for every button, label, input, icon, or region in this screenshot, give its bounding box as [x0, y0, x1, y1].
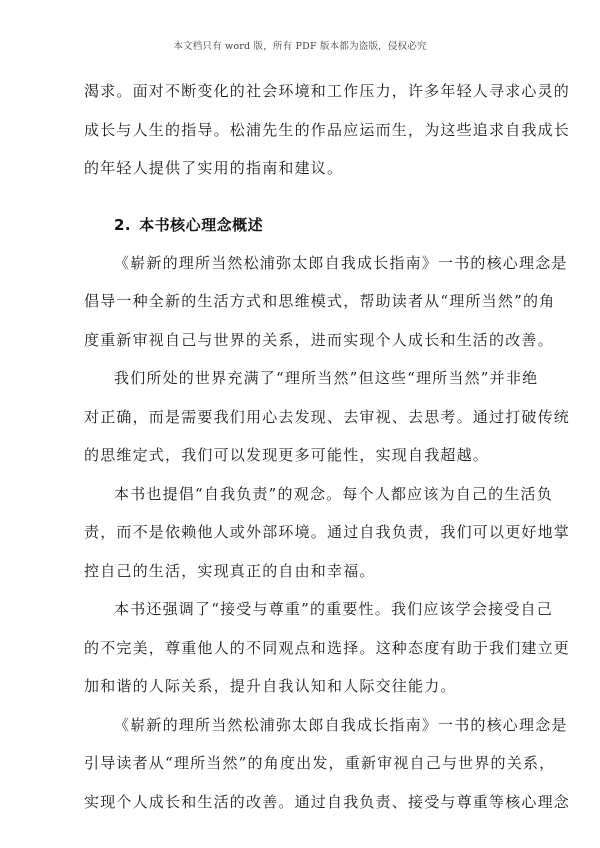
- paragraph-line: 《崭新的理所当然松浦弥太郎自我成长指南》一书的核心理念是: [84, 706, 516, 745]
- paragraph-line: 成长与人生的指导。松浦先生的作品应运而生，为这些追求自我成长: [84, 111, 516, 150]
- paragraph-line: 对正确，而是需要我们用心去发现、去审视、去思考。通过打破传统: [84, 398, 516, 437]
- section-heading: 2.本书核心理念概述: [84, 206, 516, 244]
- paragraph-line: 《崭新的理所当然松浦弥太郎自我成长指南》一书的核心理念是: [84, 244, 516, 283]
- section-number: 2.: [114, 216, 131, 234]
- paragraph-line: 控自己的生活，实现真正的自由和幸福。: [84, 552, 516, 591]
- paragraph-line: 度重新审视自己与世界的关系，进而实现个人成长和生活的改善。: [84, 321, 516, 360]
- paragraph-line: 实现个人成长和生活的改善。通过自我负责、接受与尊重等核心理念: [84, 783, 516, 822]
- paragraph-summary: 《崭新的理所当然松浦弥太郎自我成长指南》一书的核心理念是 引导读者从“理所当然”…: [84, 706, 516, 822]
- paragraph-line: 的年轻人提供了实用的指南和建议。: [84, 149, 516, 188]
- paragraph-self-responsibility: 本书也提倡“自我负责”的观念。每个人都应该为自己的生活负 责，而不是依赖他人或外…: [84, 475, 516, 591]
- section-title: 本书核心理念概述: [139, 216, 263, 234]
- paragraph-taken-for-granted: 我们所处的世界充满了“理所当然”但这些“理所当然”并非绝 对正确，而是需要我们用…: [84, 359, 516, 475]
- copyright-notice: 本文档只有 word 版，所有 PDF 版本都为盗版，侵权必究: [0, 38, 600, 52]
- paragraph-line: 责，而不是依赖他人或外部环境。通过自我负责，我们可以更好地掌: [84, 513, 516, 552]
- paragraph-line: 本书还强调了“接受与尊重”的重要性。我们应该学会接受自己: [84, 590, 516, 629]
- paragraph-acceptance-respect: 本书还强调了“接受与尊重”的重要性。我们应该学会接受自己 的不完美，尊重他人的不…: [84, 590, 516, 706]
- paragraph-line: 引导读者从“理所当然”的角度出发，重新审视自己与世界的关系，: [84, 744, 516, 783]
- paragraph-line: 本书也提倡“自我负责”的观念。每个人都应该为自己的生活负: [84, 475, 516, 514]
- paragraph-line: 倡导一种全新的生活方式和思维模式，帮助读者从“理所当然”的角: [84, 282, 516, 321]
- document-body: 渴求。面对不断变化的社会环境和工作压力，许多年轻人寻求心灵的 成长与人生的指导。…: [84, 72, 516, 821]
- paragraph-line: 我们所处的世界充满了“理所当然”但这些“理所当然”并非绝: [84, 359, 516, 398]
- paragraph-core-concept: 《崭新的理所当然松浦弥太郎自我成长指南》一书的核心理念是 倡导一种全新的生活方式…: [84, 244, 516, 360]
- paragraph-line: 渴求。面对不断变化的社会环境和工作压力，许多年轻人寻求心灵的: [84, 72, 516, 111]
- paragraph-line: 的思维定式，我们可以发现更多可能性，实现自我超越。: [84, 436, 516, 475]
- paragraph-line: 加和谐的人际关系，提升自我认知和人际交往能力。: [84, 667, 516, 706]
- paragraph-line: 的不完美，尊重他人的不同观点和选择。这种态度有助于我们建立更: [84, 629, 516, 668]
- intro-paragraph: 渴求。面对不断变化的社会环境和工作压力，许多年轻人寻求心灵的 成长与人生的指导。…: [84, 72, 516, 188]
